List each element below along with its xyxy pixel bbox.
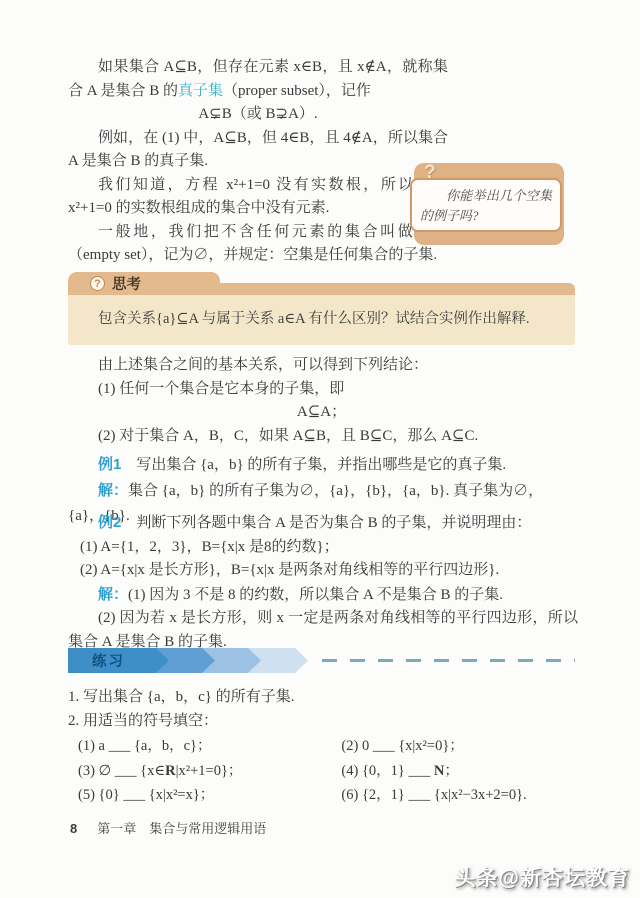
- fill-item-3: (3) ∅ ___ {x∈R|x²+1=0}；: [78, 759, 341, 784]
- exercise-item-1: 1. 写出集合 {a，b，c} 的所有子集.: [68, 685, 575, 709]
- conclusion-item-1: (1) 任何一个集合是它本身的子集，即: [68, 378, 575, 402]
- margin-note-text: 你能举出几个空集的例子吗?: [420, 186, 552, 226]
- textbook-page: 如果集合 A⊆B，但存在元素 x∈B，且 x∉A，就称集合 A 是集合 B 的真…: [0, 0, 640, 898]
- dashed-rule: [322, 659, 575, 662]
- example-2-item-2: (2) A={x|x 是长方形}，B={x|x 是两条对角线相等的平行四边形}.: [68, 559, 578, 583]
- fill-blank-grid: (1) a ___ {a，b，c}； (2) 0 ___ {x|x²=0}； (…: [68, 734, 575, 808]
- exercises-section: 练习 1. 写出集合 {a，b，c} 的所有子集. 2. 用适当的符号填空： (…: [68, 648, 575, 808]
- example-2-question: 例2 判断下列各题中集合 A 是否为集合 B 的子集，并说明理由：: [68, 511, 578, 536]
- conclusion-item-2: (2) 对于集合 A，B，C，如果 A⊆B，且 B⊆C，那么 A⊆C.: [68, 425, 575, 449]
- conclusions-section: 由上述集合之间的基本关系，可以得到下列结论： (1) 任何一个集合是它本身的子集…: [68, 354, 575, 448]
- formula-self-subset: A⊆A；: [68, 401, 575, 425]
- exercise-banner: 练习: [68, 648, 575, 673]
- fill-item-6: (6) {2，1} ___ {x|x²−3x+2=0}.: [341, 783, 575, 808]
- example-1-question: 例1 写出集合 {a，b} 的所有子集，并指出哪些是它的真子集.: [68, 452, 578, 478]
- paragraph-empty-set-def: 一般地，我们把不含任何元素的集合叫做空集（empty set），记为∅，并规定：…: [68, 221, 448, 268]
- exercise-banner-label: 练习: [92, 650, 125, 671]
- example-2: 例2 判断下列各题中集合 A 是否为集合 B 的子集，并说明理由： (1) A=…: [68, 511, 578, 654]
- margin-note-body: 你能举出几个空集的例子吗?: [410, 178, 562, 232]
- fill-item-5: (5) {0} ___ {x|x²=x}；: [78, 783, 341, 808]
- page-footer: 8 第一章 集合与常用逻辑用语: [70, 818, 266, 837]
- intro-section: 如果集合 A⊆B，但存在元素 x∈B，且 x∉A，就称集合 A 是集合 B 的真…: [68, 56, 448, 268]
- paragraph-example: 例如，在 (1) 中，A⊆B，但 4∈B，且 4∉A，所以集合 A 是集合 B …: [68, 127, 448, 174]
- think-box-text: 包含关系{a}⊆A 与属于关系 a∈A 有什么区别？试结合实例作出解释.: [98, 308, 559, 330]
- think-box-title: 思考: [112, 273, 141, 294]
- exercise-list: 1. 写出集合 {a，b，c} 的所有子集. 2. 用适当的符号填空：: [68, 685, 575, 733]
- formula-proper-subset: A⊊B（或 B⊋A）.: [68, 103, 448, 127]
- paragraph-proper-subset-def: 如果集合 A⊆B，但存在元素 x∈B，且 x∉A，就称集合 A 是集合 B 的真…: [68, 56, 448, 103]
- example-2-solution-1: 解：(1) 因为 3 不是 8 的约数，所以集合 A 不是集合 B 的子集.: [68, 583, 578, 608]
- fill-item-4: (4) {0，1} ___ N；: [341, 759, 575, 784]
- conclusions-lead: 由上述集合之间的基本关系，可以得到下列结论：: [68, 354, 575, 378]
- think-box-body: 包含关系{a}⊆A 与属于关系 a∈A 有什么区别？试结合实例作出解释.: [68, 295, 575, 345]
- fill-item-1: (1) a ___ {a，b，c}；: [78, 734, 341, 759]
- exercise-banner-arrow: 练习: [68, 648, 170, 673]
- example-2-item-1: (1) A={1，2，3}，B={x|x 是8的约数}；: [68, 536, 578, 560]
- question-circle-icon: ?: [90, 276, 105, 291]
- exercise-item-2: 2. 用适当的符号填空：: [68, 709, 575, 733]
- think-box-strip: [218, 283, 575, 295]
- paragraph-equation-no-root: 我们知道，方程 x²+1=0 没有实数根，所以方程 x²+1=0 的实数根组成的…: [68, 174, 448, 221]
- example-2-solution-2: (2) 因为若 x 是长方形，则 x 一定是两条对角线相等的平行四边形，所以集合…: [68, 607, 578, 654]
- page-number: 8: [70, 821, 77, 836]
- chapter-title: 第一章 集合与常用逻辑用语: [97, 818, 266, 837]
- think-box-tab: ? 思考: [68, 272, 220, 295]
- think-box: ? 思考 包含关系{a}⊆A 与属于关系 a∈A 有什么区别？试结合实例作出解释…: [68, 272, 575, 345]
- watermark: 头条@新杏坛教育: [455, 862, 630, 892]
- fill-item-2: (2) 0 ___ {x|x²=0}；: [341, 734, 575, 759]
